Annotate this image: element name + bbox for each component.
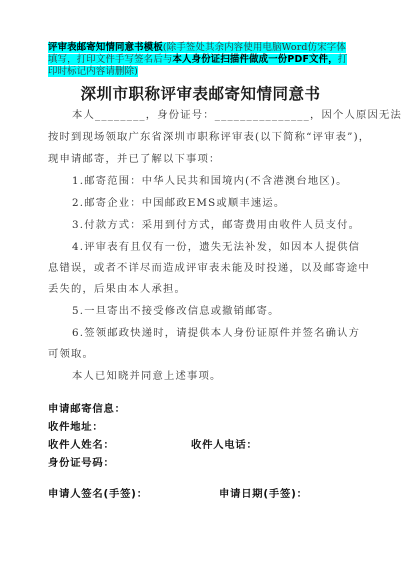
mailing-info-heading: 申请邮寄信息： <box>48 400 126 415</box>
intro-line-3: 现申请邮寄，并已了解以下事项： <box>48 150 220 165</box>
agreement-statement: 本人已知晓并同意上述事项。 <box>72 367 221 382</box>
recipient-name-label: 收件人姓名： <box>48 436 115 451</box>
template-notice: 评审表邮寄知情同意书模板(除手签处其余内容使用电脑Word仿宋字体填写，打印文件… <box>48 42 353 78</box>
notice-instruction-2: 本人身份证扫描件做成一份PDF文件， <box>172 54 337 65</box>
notice-title: 评审表邮寄知情同意书模板 <box>48 42 163 53</box>
intro-line-1: 本人________，身份证号：_______________，因个人原因无法 <box>72 106 401 121</box>
item-3: 3.付款方式：采用到付方式，邮寄费用由收件人员支付。 <box>72 216 360 231</box>
item-4-line-2: 息错误，或者不详尽而造成评审表未能及时投递，以及邮寄途中 <box>48 259 370 274</box>
applicant-signature-label: 申请人签名(手签)： <box>48 485 148 500</box>
id-number-label: 身份证号码： <box>48 454 115 469</box>
document-page: 评审表邮寄知情同意书模板(除手签处其余内容使用电脑Word仿宋字体填写，打印文件… <box>0 0 401 567</box>
item-6-line-1: 6.签领邮政快递时，请提供本人身份证原件并签名确认方 <box>72 324 360 339</box>
address-label: 收件地址： <box>48 418 103 433</box>
item-6-line-2: 可领取。 <box>48 345 94 360</box>
item-4-line-1: 4.评审表有且仅有一份，遗失无法补发，如因本人提供信 <box>72 238 360 253</box>
item-4-line-3: 丢失的，后果由本人承担。 <box>48 280 186 295</box>
document-title: 深圳市职称评审表邮寄知情同意书 <box>0 82 401 104</box>
item-1: 1.邮寄范围：中华人民共和国境内(不含港澳台地区)。 <box>72 172 348 187</box>
intro-line-2: 按时到现场领取广东省深圳市职称评审表(以下简称“评审表”)， <box>48 128 370 143</box>
application-date-label: 申请日期(手签)： <box>219 485 308 500</box>
item-5: 5.一旦寄出不接受修改信息或撤销邮寄。 <box>72 302 280 317</box>
item-2: 2.邮寄企业：中国邮政EMS或顺丰速运。 <box>72 194 285 209</box>
recipient-phone-label: 收件人电话： <box>191 436 258 451</box>
